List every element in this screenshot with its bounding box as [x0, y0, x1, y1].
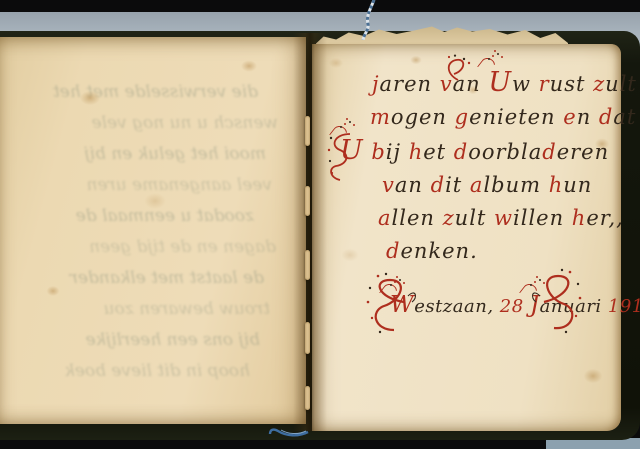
- hanging-thread: [352, 0, 386, 40]
- text-segment: er,,: [586, 206, 624, 230]
- text-line: denken.: [386, 235, 614, 268]
- text-segment: b: [371, 140, 385, 164]
- text-segment: it: [445, 173, 470, 197]
- text-segment: a: [470, 173, 484, 197]
- text-line: van dit album hun: [382, 169, 614, 202]
- text-segment: oorbla: [468, 140, 542, 164]
- binding-stitch: [305, 322, 310, 354]
- left-page: die verwisselde met hetwensch u nu nog v…: [0, 37, 306, 424]
- ghost-line: hoop in dit lieve boek: [20, 356, 250, 387]
- foxing-stain: [140, 190, 170, 212]
- text-segment: ust: [550, 72, 593, 96]
- foxing-stain: [466, 84, 480, 96]
- text-line: jaren van Uw rust zult: [372, 66, 614, 101]
- binding-stitch: [305, 250, 310, 280]
- binding-thread-blue: [268, 424, 310, 438]
- right-page: jaren van Uw rust zult mogen genieten en…: [312, 44, 621, 431]
- text-segment: ult: [605, 72, 637, 96]
- text-segment: d: [454, 140, 468, 164]
- text-segment: g: [455, 105, 469, 129]
- text-line: U bij het doorbladeren: [340, 134, 614, 169]
- text-segment: et: [423, 140, 454, 164]
- text-segment: estzaan,: [414, 296, 500, 317]
- text-segment: enken.: [400, 239, 477, 263]
- ghost-line: bij ons een heerlijke: [20, 325, 260, 356]
- text-segment: at: [613, 105, 636, 129]
- text-segment: 28: [500, 296, 530, 317]
- text-segment: h: [549, 173, 564, 197]
- text-segment: 1919: [608, 296, 640, 317]
- text-line: mogen genieten en dat: [370, 101, 614, 134]
- text-segment: h: [409, 140, 424, 164]
- binding-stitch: [305, 116, 310, 146]
- ghost-line: wensch u nu nog vele: [20, 108, 278, 139]
- ghost-line: zoodat u eenmaal de: [20, 201, 254, 232]
- text-segment: d: [386, 239, 400, 263]
- text-segment: w: [494, 206, 513, 230]
- foxing-stain: [238, 58, 260, 74]
- text-segment: llen: [392, 206, 443, 230]
- text-segment: ogen: [391, 105, 455, 129]
- text-segment: d: [599, 105, 613, 129]
- text-segment: d: [431, 173, 445, 197]
- text-segment: un: [563, 173, 592, 197]
- text-segment: d: [542, 140, 556, 164]
- text-segment: h: [572, 206, 587, 230]
- text-segment: v: [382, 173, 395, 197]
- text-segment: lbum: [483, 173, 548, 197]
- foxing-stain: [338, 246, 362, 264]
- text-segment: e: [563, 105, 576, 129]
- binding-stitch: [305, 186, 310, 216]
- calligraphy-text: jaren van Uw rust zult mogen genieten en…: [338, 66, 614, 268]
- text-segment: n: [577, 105, 599, 129]
- flourish-ornament-westzaan: [364, 272, 420, 338]
- foxing-stain: [44, 284, 62, 298]
- binding-stitch: [305, 386, 310, 410]
- text-segment: z: [443, 206, 455, 230]
- text-segment: enieten: [469, 105, 563, 129]
- text-segment: z: [593, 72, 605, 96]
- flourish-ornament-line1: [442, 54, 474, 82]
- text-segment: w: [512, 72, 539, 96]
- bleedthrough-ghost-text: die verwisselde met hetwensch u nu nog v…: [20, 77, 284, 387]
- ghost-line: trouw bewaren zou: [20, 294, 270, 325]
- text-segment: r: [539, 72, 550, 96]
- ghost-line: dagen en de tijd geen: [20, 232, 276, 263]
- flourish-ornament-line3: [326, 128, 354, 182]
- text-segment: m: [370, 105, 391, 129]
- text-segment: aren: [380, 72, 440, 96]
- text-segment: illen: [513, 206, 572, 230]
- foxing-stain: [592, 136, 612, 152]
- scanned-album-photo: die verwisselde met hetwensch u nu nog v…: [0, 0, 640, 449]
- foxing-stain: [408, 54, 424, 66]
- flourish-ornament-januari: [528, 268, 584, 338]
- binding-gutter: [293, 33, 327, 431]
- text-segment: an: [395, 173, 431, 197]
- text-line: allen zult willen her,,: [378, 202, 614, 235]
- foxing-stain: [76, 88, 104, 108]
- foxing-stain: [326, 56, 346, 70]
- text-segment: a: [378, 206, 392, 230]
- text-segment: ult: [455, 206, 494, 230]
- text-segment: ij: [386, 140, 409, 164]
- text-segment: j: [372, 72, 380, 96]
- ornate-initial: U: [488, 66, 512, 99]
- signature-line: Westzaan, 28 Januari 1919: [390, 292, 640, 318]
- foxing-stain: [580, 366, 606, 386]
- ghost-line: mooi het geluk en bij: [20, 139, 266, 170]
- ghost-line: die verwisselde met het: [20, 77, 258, 108]
